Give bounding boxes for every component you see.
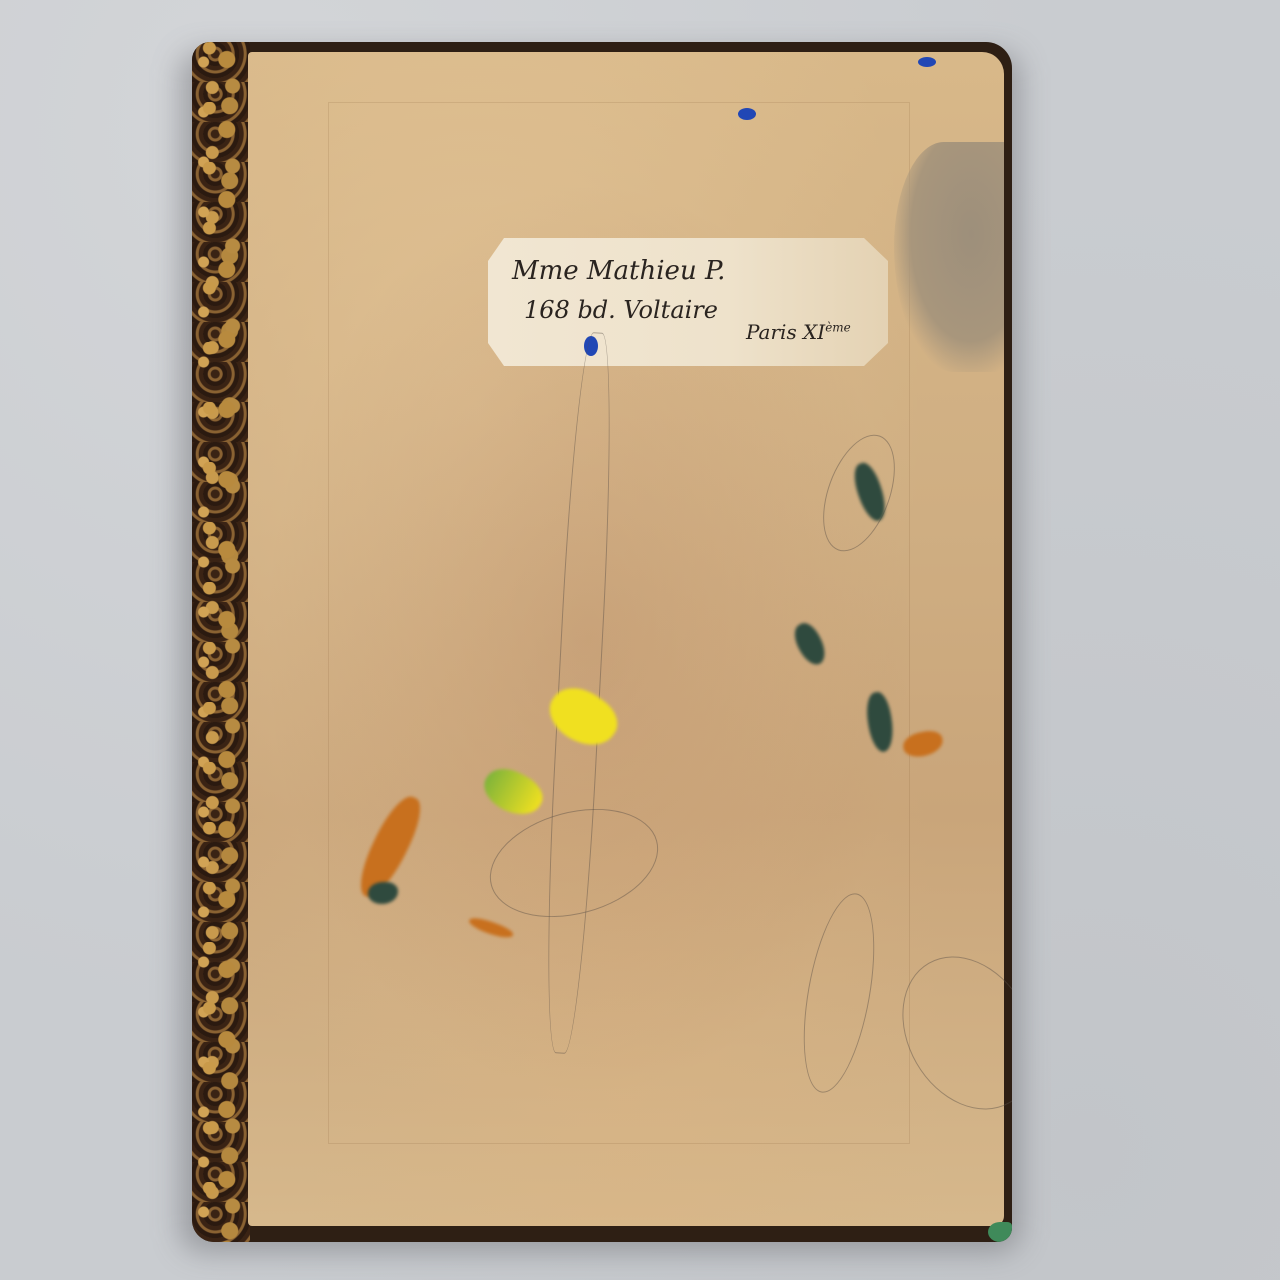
marbled-spine	[192, 42, 250, 1242]
blue-paint-spot	[918, 57, 936, 67]
label-city: Paris XIème	[746, 320, 851, 344]
label-city-main: Paris XI	[746, 320, 825, 344]
label-street: 168 bd. Voltaire	[524, 296, 718, 324]
address-label: Mme Mathieu P. 168 bd. Voltaire Paris XI…	[488, 238, 888, 366]
water-stain	[894, 142, 1004, 372]
label-name: Mme Mathieu P.	[512, 256, 725, 286]
green-corner-wear	[988, 1222, 1012, 1242]
old-book: Mme Mathieu P. 168 bd. Voltaire Paris XI…	[192, 42, 1012, 1242]
label-city-sup: ème	[825, 320, 851, 334]
blue-paint-spot	[738, 108, 756, 120]
book-back-cover: Mme Mathieu P. 168 bd. Voltaire Paris XI…	[248, 52, 1004, 1226]
